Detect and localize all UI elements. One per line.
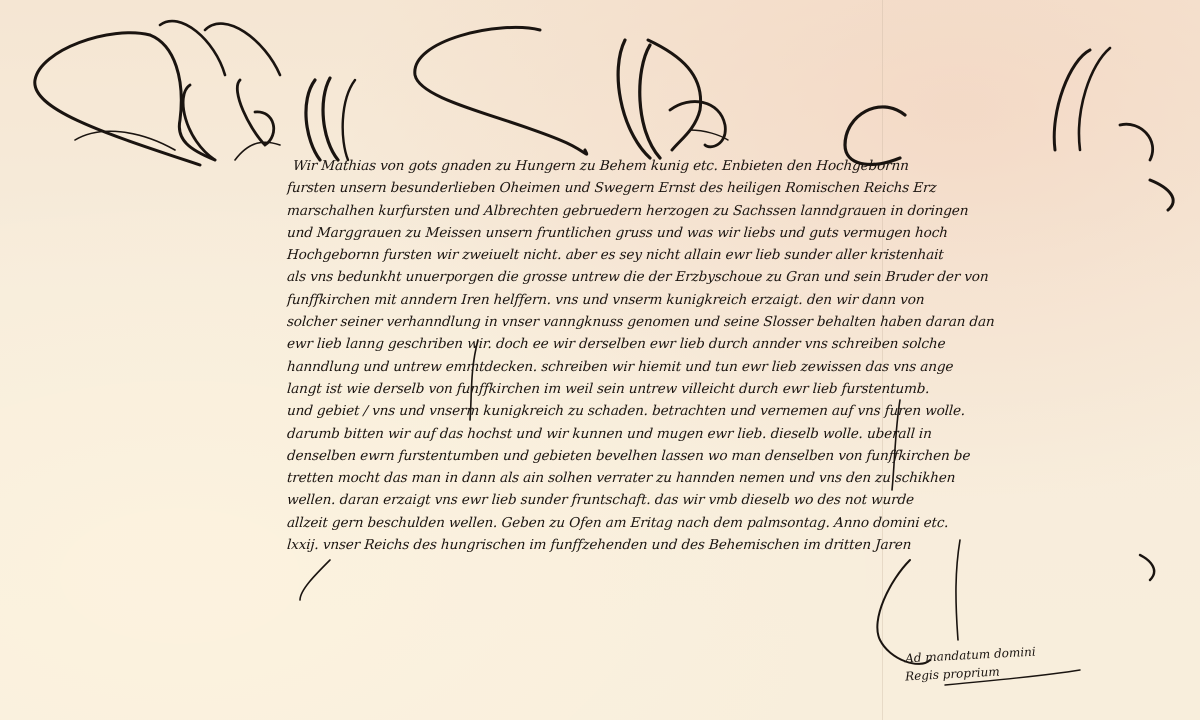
letter-line: langt ist wie derselb von funffkirchen i… bbox=[286, 378, 1168, 400]
letter-line: fursten unsern besunderlieben Oheimen un… bbox=[286, 177, 1168, 199]
letter-line: und gebiet / vns und vnserm kunigkreich … bbox=[286, 400, 1168, 422]
letter-line: als vns bedunkht unuerporgen die grosse … bbox=[286, 266, 1168, 288]
letter-body: Wir Mathias von gots gnaden zu Hungern z… bbox=[287, 155, 1167, 556]
letter-line: hanndlung und untrew emmtdecken. schreib… bbox=[286, 356, 1168, 378]
letter-line: funffkirchen mit anndern Iren helffern. … bbox=[286, 289, 1168, 311]
letter-line: ewr lieb lanng geschriben wir. doch ee w… bbox=[286, 333, 1168, 355]
letter-line: darumb bitten wir auf das hochst und wir… bbox=[286, 423, 1168, 445]
letter-line: wellen. daran erzaigt vns ewr lieb sunde… bbox=[286, 489, 1168, 511]
letter-line: marschalhen kurfursten und Albrechten ge… bbox=[286, 200, 1168, 222]
letter-line: tretten mocht das man in dann als ain so… bbox=[286, 467, 1168, 489]
letter-line: denselben ewrn furstentumben und gebiete… bbox=[286, 445, 1168, 467]
letter-line: solcher seiner verhanndlung in vnser van… bbox=[286, 311, 1168, 333]
letter-line: allzeit gern beschulden wellen. Geben zu… bbox=[286, 512, 1168, 534]
letter-line: Wir Mathias von gots gnaden zu Hungern z… bbox=[286, 155, 1168, 177]
letter-line: und Marggrauen zu Meissen unsern fruntli… bbox=[286, 222, 1168, 244]
letter-line: lxxij. vnser Reichs des hungrischen im f… bbox=[286, 534, 1168, 556]
signature-block: Ad mandatum domini Regis proprium bbox=[905, 645, 1075, 681]
letter-line: Hochgebornn fursten wir zweiuelt nicht. … bbox=[286, 244, 1168, 266]
